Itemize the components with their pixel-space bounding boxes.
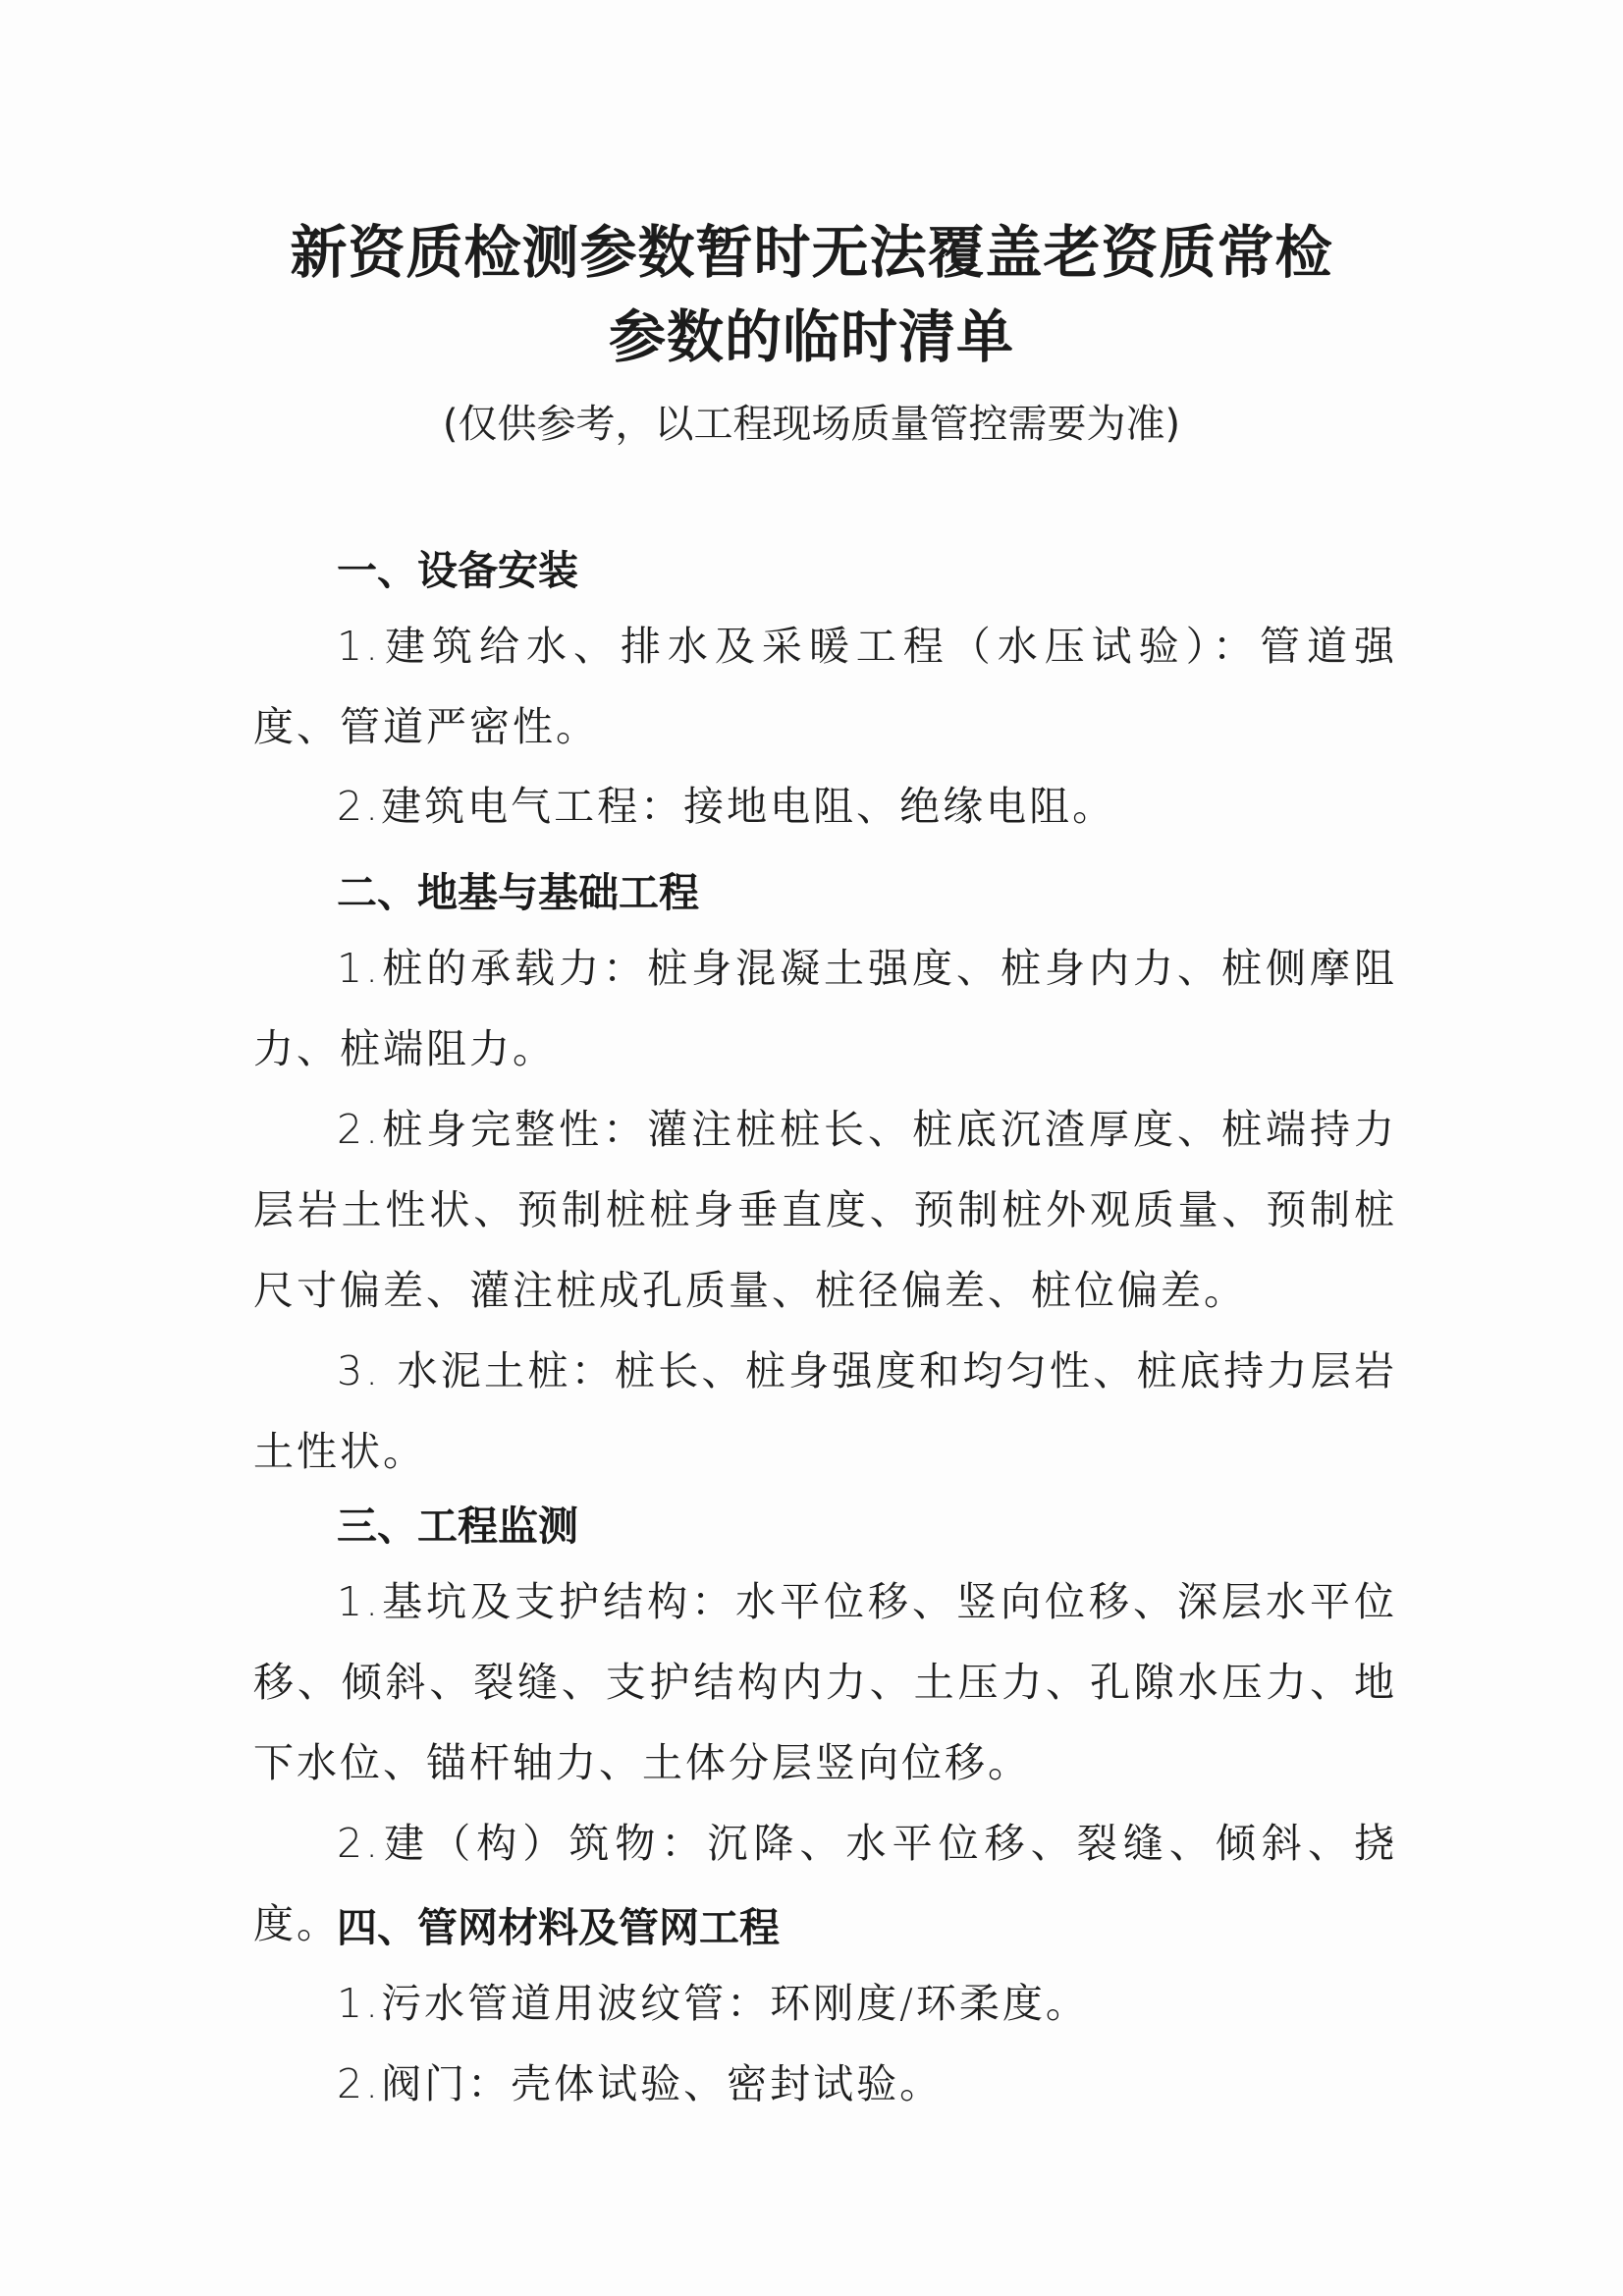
- section-heading-foundation-engineering: 二、地基与基础工程: [337, 860, 699, 918]
- section-heading-pipe-network: 四、管网材料及管网工程: [337, 1895, 780, 1953]
- section-2-item-3: 3. 水泥土桩：桩长、桩身强度和均匀性、桩底持力层岩土性状。: [253, 1331, 1397, 1492]
- document-subtitle: (仅供参考，以工程现场质量管控需要为准): [0, 393, 1623, 449]
- section-4-item-1: 1.污水管道用波纹管：环刚度/环柔度。: [253, 1963, 1397, 2044]
- section-heading-engineering-monitoring: 三、工程监测: [337, 1494, 578, 1552]
- document-page: 新资质检测参数暂时无法覆盖老资质常检 参数的临时清单 (仅供参考，以工程现场质量…: [0, 0, 1623, 2296]
- section-2-item-1: 1.桩的承载力：桩身混凝土强度、桩身内力、桩侧摩阻力、桩端阻力。: [253, 928, 1397, 1089]
- section-4-item-2: 2.阀门：壳体试验、密封试验。: [253, 2044, 1397, 2124]
- section-1-item-2: 2.建筑电气工程：接地电阻、绝缘电阻。: [253, 766, 1397, 847]
- document-title-line-2: 参数的临时清单: [0, 291, 1623, 373]
- section-2-item-2: 2.桩身完整性：灌注桩桩长、桩底沉渣厚度、桩端持力层岩土性状、预制桩桩身垂直度、…: [253, 1089, 1397, 1331]
- section-heading-equipment-installation: 一、设备安装: [337, 538, 578, 596]
- document-title-line-1: 新资质检测参数暂时无法覆盖老资质常检: [0, 206, 1623, 289]
- section-3-item-1: 1.基坑及支护结构：水平位移、竖向位移、深层水平位移、倾斜、裂缝、支护结构内力、…: [253, 1561, 1397, 1803]
- section-1-item-1: 1.建筑给水、排水及采暖工程（水压试验）：管道强度、管道严密性。: [253, 606, 1397, 767]
